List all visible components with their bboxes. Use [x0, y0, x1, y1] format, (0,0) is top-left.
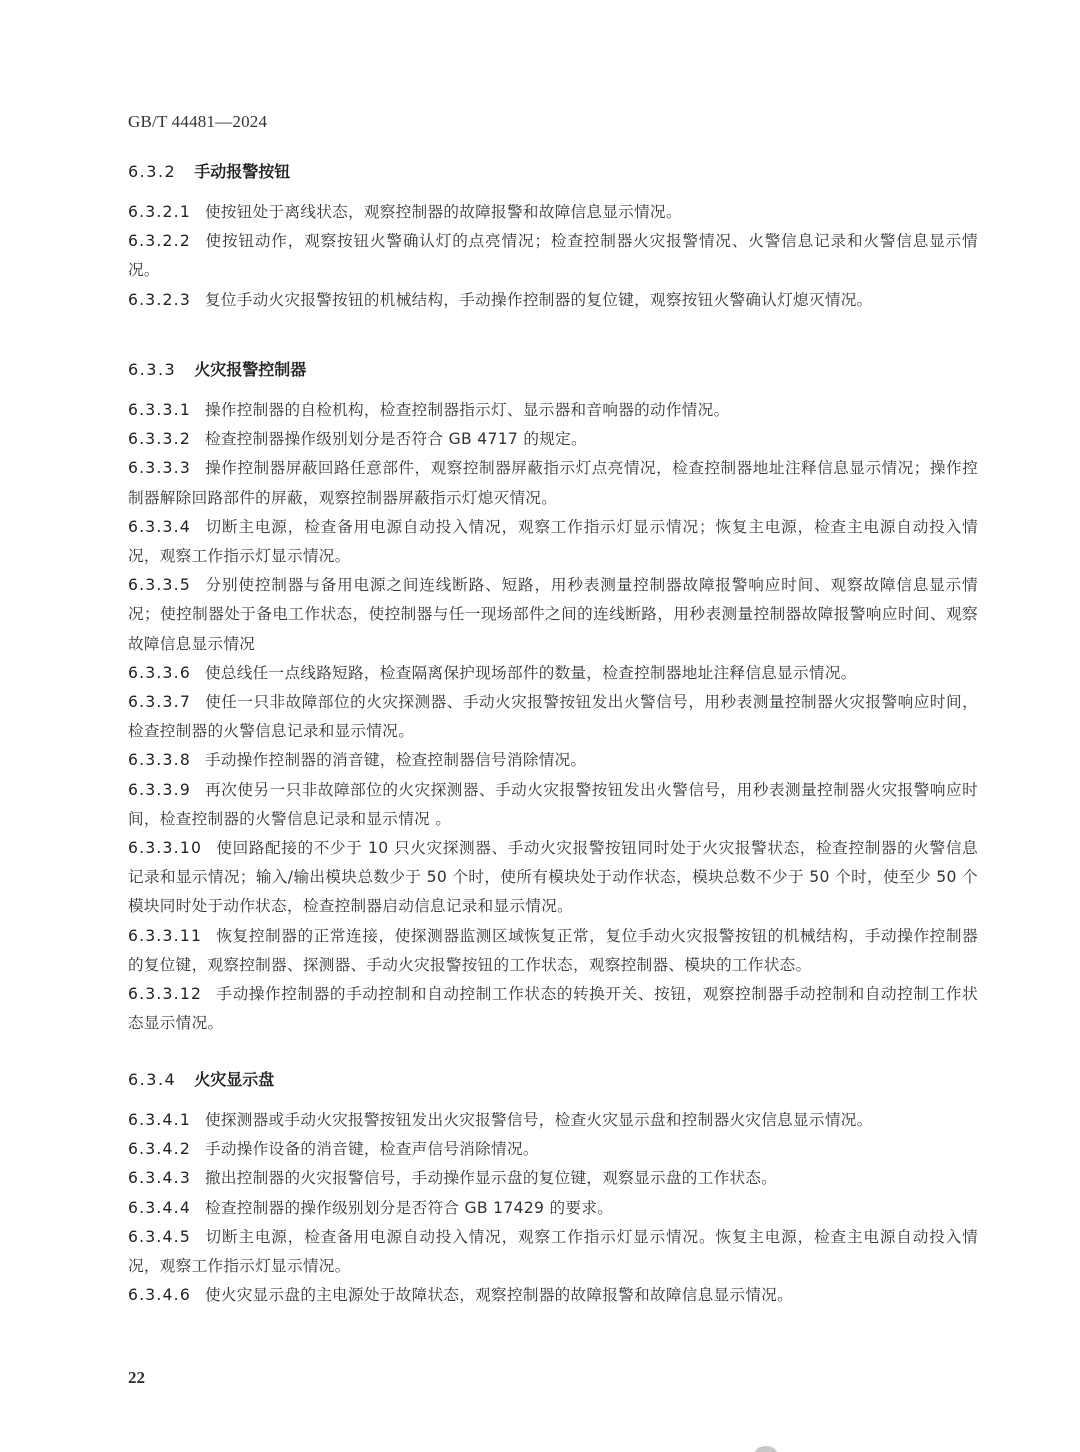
clause-text: 切断主电源，检查备用电源自动投入情况，观察工作指示灯显示情况。恢复主电源，检查主… — [128, 1228, 978, 1275]
section-title: 火灾报警控制器 — [194, 360, 306, 379]
standard-id-header: GB/T 44481—2024 — [128, 112, 267, 132]
clause-text: 操作控制器的自检机构，检查控制器指示灯、显示器和音响器的动作情况。 — [205, 401, 730, 419]
clause-number: 6.3.3.1 — [128, 401, 191, 419]
clause-number: 6.3.2.1 — [128, 203, 191, 221]
clause-text: 手动操作控制器的手动控制和自动控制工作状态的转换开关、按钮，观察控制器手动控制和… — [128, 985, 978, 1032]
section-6-3-3: 6.3.3火灾报警控制器 6.3.3.1操作控制器的自检机构，检查控制器指示灯、… — [128, 356, 978, 1038]
clause: 6.3.3.8手动操作控制器的消音键，检查控制器信号消除情况。 — [128, 746, 978, 775]
clause-text: 恢复控制器的正常连接，使探测器监测区域恢复正常，复位手动火灾报警按钮的机械结构，… — [128, 927, 978, 974]
clause-number: 6.3.3.8 — [128, 751, 191, 769]
clause-number: 6.3.3.12 — [128, 985, 202, 1003]
clause-text: 复位手动火灾报警按钮的机械结构，手动操作控制器的复位键，观察按钮火警确认灯熄灭情… — [205, 291, 873, 309]
clause: 6.3.4.4检查控制器的操作级别划分是否符合 GB 17429 的要求。 — [128, 1194, 978, 1223]
section-heading: 6.3.4火灾显示盘 — [128, 1066, 978, 1094]
clause: 6.3.2.1使按钮处于离线状态，观察控制器的故障报警和故障信息显示情况。 — [128, 198, 978, 227]
clause-number: 6.3.3.10 — [128, 839, 202, 857]
clause: 6.3.3.6使总线任一点线路短路，检查隔离保护现场部件的数量，检查控制器地址注… — [128, 659, 978, 688]
clause-text: 检查控制器操作级别划分是否符合 GB 4717 的规定。 — [205, 430, 587, 448]
clause-number: 6.3.3.9 — [128, 781, 191, 799]
clause: 6.3.4.6使火灾显示盘的主电源处于故障状态，观察控制器的故障报警和故障信息显… — [128, 1281, 978, 1310]
clause: 6.3.3.11恢复控制器的正常连接，使探测器监测区域恢复正常，复位手动火灾报警… — [128, 922, 978, 980]
clause: 6.3.4.2手动操作设备的消音键，检查声信号消除情况。 — [128, 1135, 978, 1164]
section-6-3-4: 6.3.4火灾显示盘 6.3.4.1使探测器或手动火灾报警按钮发出火灾报警信号，… — [128, 1066, 978, 1310]
clause-number: 6.3.3.3 — [128, 459, 191, 477]
clause-text: 使任一只非故障部位的火灾探测器、手动火灾报警按钮发出火警信号，用秒表测量控制器火… — [128, 693, 978, 740]
clause-number: 6.3.3.7 — [128, 693, 191, 711]
clause-text: 分别使控制器与备用电源之间连线断路、短路，用秒表测量控制器故障报警响应时间、观察… — [128, 576, 978, 652]
clause: 6.3.3.7使任一只非故障部位的火灾探测器、手动火灾报警按钮发出火警信号，用秒… — [128, 688, 978, 746]
scan-artifact — [755, 1446, 777, 1452]
clause-text: 使按钮动作，观察按钮火警确认灯的点亮情况；检查控制器火灾报警情况、火警信息记录和… — [128, 232, 978, 279]
clause-text: 手动操作设备的消音键，检查声信号消除情况。 — [205, 1140, 539, 1158]
section-number: 6.3.4 — [128, 1070, 176, 1089]
clause-number: 6.3.2.3 — [128, 291, 191, 309]
clause-text: 使按钮处于离线状态，观察控制器的故障报警和故障信息显示情况。 — [205, 203, 682, 221]
clause-number: 6.3.3.11 — [128, 927, 202, 945]
clause-text: 使火灾显示盘的主电源处于故障状态，观察控制器的故障报警和故障信息显示情况。 — [205, 1286, 793, 1304]
page-number: 22 — [128, 1368, 145, 1388]
clause: 6.3.3.9再次使另一只非故障部位的火灾探测器、手动火灾报警按钮发出火警信号，… — [128, 776, 978, 834]
clause-number: 6.3.4.6 — [128, 1286, 191, 1304]
clause-text: 撤出控制器的火灾报警信号，手动操作显示盘的复位键，观察显示盘的工作状态。 — [205, 1169, 777, 1187]
clause: 6.3.2.2使按钮动作，观察按钮火警确认灯的点亮情况；检查控制器火灾报警情况、… — [128, 227, 978, 285]
clause-number: 6.3.2.2 — [128, 232, 191, 250]
clause: 6.3.3.1操作控制器的自检机构，检查控制器指示灯、显示器和音响器的动作情况。 — [128, 396, 978, 425]
clause-text: 检查控制器的操作级别划分是否符合 GB 17429 的要求。 — [205, 1199, 613, 1217]
section-number: 6.3.3 — [128, 360, 176, 379]
section-number: 6.3.2 — [128, 162, 176, 181]
clause-number: 6.3.3.5 — [128, 576, 191, 594]
section-heading: 6.3.3火灾报警控制器 — [128, 356, 978, 384]
clause: 6.3.4.3撤出控制器的火灾报警信号，手动操作显示盘的复位键，观察显示盘的工作… — [128, 1164, 978, 1193]
clause-text: 手动操作控制器的消音键，检查控制器信号消除情况。 — [205, 751, 586, 769]
clause-number: 6.3.4.2 — [128, 1140, 191, 1158]
clause-number: 6.3.3.4 — [128, 518, 191, 536]
clause: 6.3.3.12手动操作控制器的手动控制和自动控制工作状态的转换开关、按钮，观察… — [128, 980, 978, 1038]
clause: 6.3.4.1使探测器或手动火灾报警按钮发出火灾报警信号，检查火灾显示盘和控制器… — [128, 1106, 978, 1135]
clause-number: 6.3.3.2 — [128, 430, 191, 448]
clause-text: 使回路配接的不少于 10 只火灾探测器、手动火灾报警按钮同时处于火灾报警状态，检… — [128, 839, 978, 915]
clause-text: 使总线任一点线路短路，检查隔离保护现场部件的数量，检查控制器地址注释信息显示情况… — [205, 664, 857, 682]
clause: 6.3.2.3复位手动火灾报警按钮的机械结构，手动操作控制器的复位键，观察按钮火… — [128, 286, 978, 315]
section-title: 火灾显示盘 — [194, 1070, 274, 1089]
clause-number: 6.3.4.3 — [128, 1169, 191, 1187]
clause: 6.3.4.5切断主电源，检查备用电源自动投入情况，观察工作指示灯显示情况。恢复… — [128, 1223, 978, 1281]
clause-text: 再次使另一只非故障部位的火灾探测器、手动火灾报警按钮发出火警信号，用秒表测量控制… — [128, 781, 978, 828]
section-heading: 6.3.2手动报警按钮 — [128, 158, 978, 186]
clause-number: 6.3.4.4 — [128, 1199, 191, 1217]
clause-text: 切断主电源，检查备用电源自动投入情况，观察工作指示灯显示情况；恢复主电源，检查主… — [128, 518, 978, 565]
clause-text: 使探测器或手动火灾报警按钮发出火灾报警信号，检查火灾显示盘和控制器火灾信息显示情… — [205, 1111, 873, 1129]
clause: 6.3.3.4切断主电源，检查备用电源自动投入情况，观察工作指示灯显示情况；恢复… — [128, 513, 978, 571]
clause: 6.3.3.5分别使控制器与备用电源之间连线断路、短路，用秒表测量控制器故障报警… — [128, 571, 978, 659]
clause: 6.3.3.3操作控制器屏蔽回路任意部件，观察控制器屏蔽指示灯点亮情况，检查控制… — [128, 454, 978, 512]
clause-number: 6.3.4.1 — [128, 1111, 191, 1129]
section-title: 手动报警按钮 — [194, 162, 290, 181]
clause-text: 操作控制器屏蔽回路任意部件，观察控制器屏蔽指示灯点亮情况，检查控制器地址注释信息… — [128, 459, 978, 506]
clause: 6.3.3.2检查控制器操作级别划分是否符合 GB 4717 的规定。 — [128, 425, 978, 454]
clause-number: 6.3.4.5 — [128, 1228, 191, 1246]
section-6-3-2: 6.3.2手动报警按钮 6.3.2.1使按钮处于离线状态，观察控制器的故障报警和… — [128, 158, 978, 315]
clause: 6.3.3.10使回路配接的不少于 10 只火灾探测器、手动火灾报警按钮同时处于… — [128, 834, 978, 922]
clause-number: 6.3.3.6 — [128, 664, 191, 682]
